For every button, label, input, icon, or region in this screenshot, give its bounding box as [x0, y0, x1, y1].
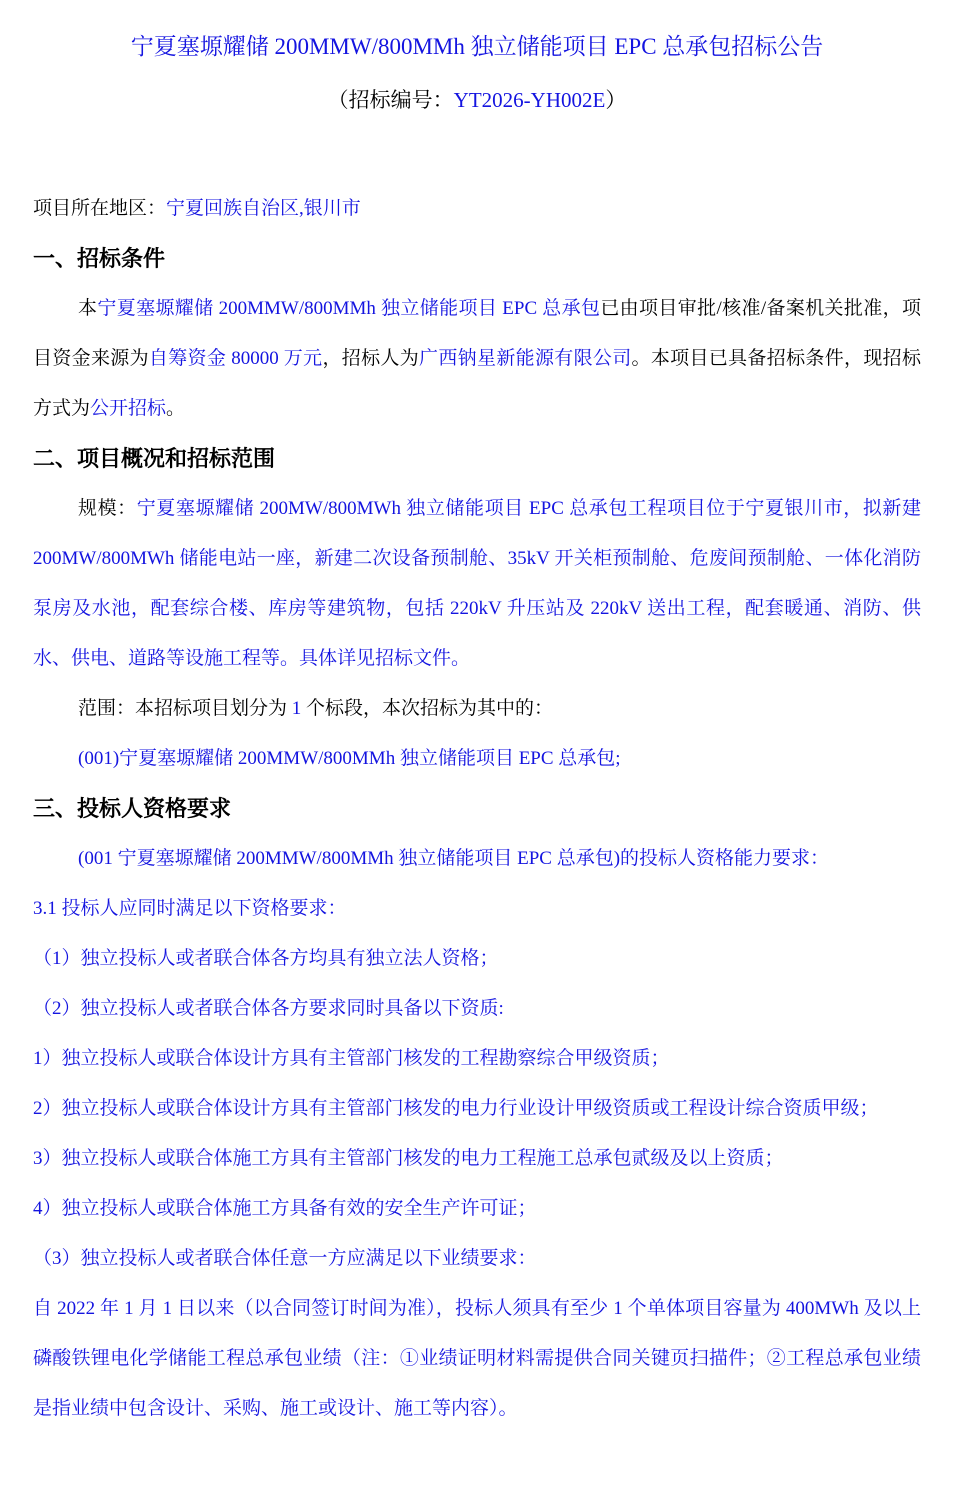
- section-1-heading-text-run-0: 一、招标条件: [33, 246, 165, 271]
- doc-tender-number-text-run-1: YT2026-YH002E: [454, 88, 606, 112]
- requirement-2-line: （2）独立投标人或者联合体各方要求同时具备以下资质:: [33, 984, 921, 1034]
- clause-3-1-line: 3.1 投标人应同时满足以下资格要求：: [33, 884, 921, 934]
- sub-requirement-2-paragraph: 2）独立投标人或联合体设计方具有主管部门核发的电力行业设计甲级资质或工程设计综合…: [33, 1084, 921, 1134]
- sub-requirement-1-line: 1）独立投标人或联合体设计方具有主管部门核发的工程勘察综合甲级资质；: [33, 1034, 921, 1084]
- section-3-heading-text-run-0: 三、投标人资格要求: [33, 796, 231, 821]
- project-location-line-text-run-0: 项目所在地区：: [33, 198, 166, 219]
- section-1-paragraph-text-run-8: 。: [166, 398, 185, 419]
- project-scale-paragraph-text-run-1: 宁夏塞塬耀储 200MW/800MWh 独立储能项目 EPC 总承包工程项目位于…: [33, 498, 921, 669]
- project-scope-paragraph-text-run-0: 范围：本招标项目划分为: [78, 698, 292, 719]
- qualification-intro-line: (001 宁夏塞塬耀储 200MMW/800MMh 独立储能项目 EPC 总承包…: [33, 834, 921, 884]
- project-scale-paragraph-text-run-0: 规模：: [78, 498, 137, 519]
- section-2-heading: 二、项目概况和招标范围: [33, 434, 921, 484]
- requirement-2-line-text-run-0: （2）独立投标人或者联合体各方要求同时具备以下资质:: [33, 998, 504, 1019]
- project-scope-paragraph: 范围：本招标项目划分为 1 个标段，本次招标为其中的：: [33, 684, 921, 734]
- sub-requirement-2-paragraph-text-run-0: 2）独立投标人或联合体设计方具有主管部门核发的电力行业设计甲级资质或工程设计综合…: [33, 1098, 879, 1119]
- requirement-3-line: （3）独立投标人或者联合体任意一方应满足以下业绩要求：: [33, 1234, 921, 1284]
- doc-tender-number: （招标编号：YT2026-YH002E）: [33, 74, 921, 126]
- tender-announcement-document: 宁夏塞塬耀储 200MMW/800MMh 独立储能项目 EPC 总承包招标公告（…: [33, 20, 921, 1434]
- section-2-heading-text-run-0: 二、项目概况和招标范围: [33, 446, 275, 471]
- project-location-line: 项目所在地区：宁夏回族自治区,银川市: [33, 184, 921, 234]
- lot-001-line-text-run-0: (001)宁夏塞塬耀储 200MMW/800MMh 独立储能项目 EPC 总承包…: [78, 748, 621, 769]
- sub-requirement-1-line-text-run-0: 1）独立投标人或联合体设计方具有主管部门核发的工程勘察综合甲级资质；: [33, 1048, 670, 1069]
- project-scope-paragraph-text-run-2: 个标段，本次招标为其中的：: [301, 698, 553, 719]
- section-1-paragraph-text-run-3: 自筹资金 80000 万元: [149, 348, 323, 369]
- section-1-paragraph-text-run-7: 公开招标: [90, 398, 166, 419]
- section-1-paragraph-text-run-0: 本: [78, 298, 97, 319]
- section-1-heading: 一、招标条件: [33, 234, 921, 284]
- section-1-paragraph: 本宁夏塞塬耀储 200MMW/800MMh 独立储能项目 EPC 总承包已由项目…: [33, 284, 921, 434]
- requirement-1-line-text-run-0: （1）独立投标人或者联合体各方均具有独立法人资格；: [33, 948, 499, 969]
- sub-requirement-3-line-text-run-0: 3）独立投标人或联合体施工方具有主管部门核发的电力工程施工总承包贰级及以上资质；: [33, 1148, 784, 1169]
- section-1-paragraph-text-run-5: 广西钠星新能源有限公司: [419, 348, 631, 369]
- performance-requirement-paragraph-text-run-0: 自 2022 年 1 月 1 日以来（以合同签订时间为准），投标人须具有至少 1…: [33, 1298, 921, 1419]
- doc-tender-number-text-run-0: （招标编号：: [328, 88, 454, 112]
- project-location-line-text-run-1: 宁夏回族自治区,银川市: [166, 198, 361, 219]
- section-3-heading: 三、投标人资格要求: [33, 784, 921, 834]
- project-scale-paragraph: 规模：宁夏塞塬耀储 200MW/800MWh 独立储能项目 EPC 总承包工程项…: [33, 484, 921, 684]
- sub-requirement-4-line-text-run-0: 4）独立投标人或联合体施工方具备有效的安全生产许可证；: [33, 1198, 537, 1219]
- doc-title-text-run-0: 宁夏塞塬耀储 200MMW/800MMh 独立储能项目 EPC 总承包招标公告: [131, 34, 824, 59]
- doc-title: 宁夏塞塬耀储 200MMW/800MMh 独立储能项目 EPC 总承包招标公告: [33, 20, 921, 74]
- clause-3-1-line-text-run-0: 3.1 投标人应同时满足以下资格要求：: [33, 898, 347, 919]
- sub-requirement-3-line: 3）独立投标人或联合体施工方具有主管部门核发的电力工程施工总承包贰级及以上资质；: [33, 1134, 921, 1184]
- sub-requirement-4-line: 4）独立投标人或联合体施工方具备有效的安全生产许可证；: [33, 1184, 921, 1234]
- project-scope-paragraph-text-run-1: 1: [292, 698, 302, 719]
- requirement-1-line: （1）独立投标人或者联合体各方均具有独立法人资格；: [33, 934, 921, 984]
- doc-tender-number-text-run-2: ）: [605, 88, 626, 112]
- document-page: 宁夏塞塬耀储 200MMW/800MMh 独立储能项目 EPC 总承包招标公告（…: [0, 0, 954, 1498]
- requirement-3-line-text-run-0: （3）独立投标人或者联合体任意一方应满足以下业绩要求：: [33, 1248, 537, 1269]
- performance-requirement-paragraph: 自 2022 年 1 月 1 日以来（以合同签订时间为准），投标人须具有至少 1…: [33, 1284, 921, 1434]
- section-1-paragraph-text-run-1: 宁夏塞塬耀储 200MMW/800MMh 独立储能项目 EPC 总承包: [97, 298, 600, 319]
- section-1-paragraph-text-run-4: ，招标人为: [322, 348, 419, 369]
- qualification-intro-line-text-run-0: (001 宁夏塞塬耀储 200MMW/800MMh 独立储能项目 EPC 总承包…: [78, 848, 829, 869]
- lot-001-line: (001)宁夏塞塬耀储 200MMW/800MMh 独立储能项目 EPC 总承包…: [33, 734, 921, 784]
